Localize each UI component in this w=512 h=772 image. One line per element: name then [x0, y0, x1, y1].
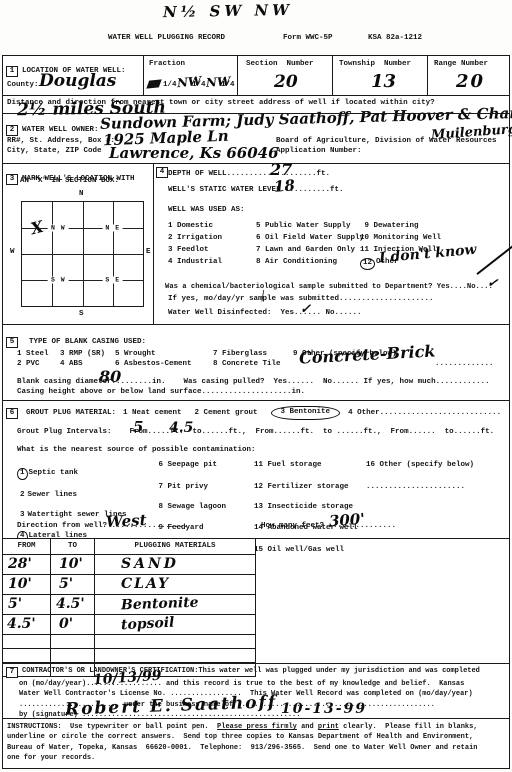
section-number-label: Section Number — [246, 60, 314, 69]
cert-line-1: CONTRACTOR'S OR LANDOWNER'S CERTIFICATIO… — [22, 667, 480, 678]
section-6-grout: 6 GROUT PLUG MATERIAL: 1 Neat cement 2 C… — [3, 401, 509, 539]
interval-to-value: 4.5 — [169, 421, 193, 435]
section-3-title-2: AN "X" IN SECTION BOX: — [20, 177, 119, 186]
feet-value: 300' — [329, 512, 366, 529]
section-5-title: TYPE OF BLANK CASING USED: — [29, 338, 146, 346]
casing-option: 7 Fiberglass — [213, 350, 267, 359]
section-4-number: 4 — [156, 167, 168, 178]
direction-value: West — [106, 513, 147, 530]
township-number-value: 13 — [371, 73, 396, 91]
fraction-scribble-mark — [146, 79, 161, 88]
static-level-value: 18 — [273, 178, 295, 195]
table-header-from: FROM — [3, 539, 51, 554]
range-number-value: 20 — [456, 73, 485, 91]
casing-other-value: Concrete-Brick — [299, 343, 436, 366]
disinfected-yes-checkmark: ✓ — [300, 303, 311, 316]
address-label: RR#, St. Address, Box #: — [7, 137, 115, 146]
handwritten-quarter-call-note: N½ SW NW — [163, 3, 293, 20]
casing-option: 8 Concrete Tile — [213, 360, 281, 369]
use-item: 6 Oil Field Water Supply — [256, 234, 360, 243]
instructions-block: INSTRUCTIONS: Use typewriter or ball poi… — [3, 719, 509, 768]
city-label: City, State, ZIP Code : — [7, 147, 115, 156]
distance-question-row: Distance and direction from nearest town… — [3, 96, 509, 114]
statute-number: KSA 82a-1212 — [368, 34, 422, 43]
grid-hline — [22, 254, 143, 255]
casing-other-dots: ............. — [435, 360, 494, 369]
cell-material: SAND — [121, 557, 179, 571]
compass-east-label: E — [146, 248, 151, 256]
casing-option: 2 PVC — [17, 360, 40, 369]
cell-from: 10' — [8, 577, 32, 591]
table-row-empty — [3, 635, 255, 649]
plugging-table: FROM TO PLUGGING MATERIALS 28' 10' SAND … — [3, 539, 256, 677]
table-row: 10' 5' CLAY — [3, 575, 255, 595]
cell-from: 5' — [8, 597, 22, 611]
county-label: County: — [7, 81, 39, 90]
casing-option: 6 Asbestos-Cement — [115, 360, 192, 369]
section-number-value: 20 — [274, 74, 298, 91]
use-item: 10 Monitoring Well — [360, 234, 441, 243]
underlined-press-firmly: Please press firmly — [217, 723, 297, 731]
fraction-label: Fraction — [149, 60, 185, 69]
contamination-label: Sewer lines — [28, 491, 78, 499]
disinfected-line: Water Well Disinfected: Yes...... No....… — [168, 309, 362, 318]
contamination-item: 8 Sewage lagoon — [154, 503, 254, 521]
plugging-table-row: FROM TO PLUGGING MATERIALS 28' 10' SAND … — [3, 539, 509, 663]
instructions-line-4: one for your records. — [7, 754, 507, 762]
section-7-certification: 7CONTRACTOR'S OR LANDOWNER'S CERTIFICATI… — [3, 663, 509, 719]
cell-material: topsoil — [121, 616, 175, 633]
compass-north-label: N — [79, 190, 84, 198]
casing-diameter-line: Blank casing diameter.........in. Was ca… — [17, 378, 490, 387]
grout-intervals-line: Grout Plug Intervals: From.....ft. to...… — [17, 428, 494, 437]
used-as-label: WELL WAS USED AS: — [168, 206, 245, 215]
section-6-title: GROUT PLUG MATERIAL: — [26, 409, 116, 418]
township-number-label: Township Number — [339, 60, 411, 69]
use-item: 9 Dewatering — [360, 222, 419, 231]
owner-name-overflow: Muilenburg — [431, 123, 512, 142]
sample-no-checkmark: ✓ — [486, 276, 499, 290]
underlined-print: print — [318, 723, 339, 731]
quadrant-ne-label: N E — [102, 225, 123, 232]
cell-to: 5' — [59, 577, 73, 591]
interval-from-value: 5 — [133, 420, 143, 435]
contamination-item-other: 16 Other (specify below) — [366, 461, 474, 480]
fraction-unit-3: 1/4 — [221, 81, 235, 90]
contamination-label: Septic tank — [29, 469, 79, 477]
cell-material: Bentonite — [121, 596, 199, 613]
grid-hline — [22, 280, 143, 281]
section-3-mark-location: 3MARK WELL'S LOCATION WITH AN "X" IN SEC… — [3, 164, 154, 324]
cell-to: 10' — [59, 557, 83, 571]
casing-option: 3 RMP (SR) — [60, 350, 105, 359]
section-5-casing: 5TYPE OF BLANK CASING USED: 1 Steel 3 RM… — [3, 325, 509, 401]
quadrant-nw-label: N W — [48, 225, 69, 232]
section-3-4-row: 3MARK WELL'S LOCATION WITH AN "X" IN SEC… — [3, 164, 509, 325]
use-item: 8 Air Conditioning — [256, 258, 360, 270]
instructions-line-1: INSTRUCTIONS: Use typewriter or ball poi… — [7, 723, 507, 731]
section-3-number: 3 — [6, 174, 18, 185]
cell-to: 0' — [59, 617, 73, 631]
use-item: 2 Irrigation — [168, 234, 256, 243]
table-header-materials: PLUGGING MATERIALS — [95, 539, 255, 554]
section-2-owner: 2WATER WELL OWNER: Sundown Farm; Judy Sa… — [3, 114, 509, 164]
fraction-unit-1: 1/4 — [163, 81, 177, 90]
owner-label: WATER WELL OWNER: — [22, 126, 99, 134]
use-item: 4 Industrial — [168, 258, 256, 270]
section-grid: N W N E S W S E X — [21, 201, 144, 307]
use-other-number-circled: 12 — [360, 258, 375, 270]
depth-line: DEPTH OF WELL....................ft. — [168, 170, 330, 179]
contamination-num: 3 — [17, 511, 28, 519]
signature-date-value: 10-13-99 — [281, 702, 367, 716]
table-row: 28' 10' SAND — [3, 555, 255, 575]
distance-answer: 2½ miles South — [17, 100, 166, 120]
casing-diameter-value: 80 — [99, 369, 121, 385]
contamination-item: 12 Fertilizer storage — [254, 483, 366, 501]
section-6-number: 6 — [6, 408, 18, 419]
instructions-line-2: underline or circle the correct answers.… — [7, 733, 507, 741]
contamination-item: 11 Fuel storage — [254, 461, 366, 480]
table-row: 4.5' 0' topsoil — [3, 615, 255, 635]
section-4-well-details: 4 DEPTH OF WELL....................ft. 2… — [154, 164, 509, 324]
grout-option-1: 1 Neat cement — [123, 409, 182, 418]
form-code: Form WWC-5P — [283, 34, 333, 43]
quadrant-se-label: S E — [102, 277, 123, 284]
fraction-unit-2: 1/4 — [192, 81, 206, 90]
contamination-question: What is the nearest source of possible c… — [17, 446, 256, 455]
use-item: 1 Domestic — [168, 222, 256, 231]
contamination-1-circled: 1 — [17, 468, 28, 480]
cell-material: CLAY — [121, 577, 170, 591]
range-number-label: Range Number — [434, 60, 488, 69]
contamination-num: 2 — [17, 491, 28, 499]
form-title: WATER WELL PLUGGING RECORD — [108, 34, 225, 43]
section-2-number: 2 — [6, 125, 18, 136]
direction-line: Direction from well? ................. — [17, 522, 188, 531]
water-well-plugging-record-scan: N½ SW NW WATER WELL PLUGGING RECORD Form… — [0, 0, 512, 772]
grout-option-4: 4 Other........................... — [348, 409, 501, 418]
quadrant-sw-label: S W — [48, 277, 69, 284]
section-1-location: 1LOCATION OF WATER WELL: County: Douglas… — [3, 56, 509, 96]
cell-from: 4.5' — [7, 617, 36, 631]
form-body: 1LOCATION OF WATER WELL: County: Douglas… — [2, 55, 510, 769]
instructions-line-3: Bureau of Water, Topeka, Kansas 66620-00… — [7, 744, 507, 752]
grout-option-2: 2 Cement grout — [195, 409, 258, 418]
use-item: 3 Feedlot — [168, 246, 256, 255]
table-header-to: TO — [51, 539, 95, 554]
section-5-number: 5 — [6, 337, 18, 348]
contamination-item: 6 Seepage pit — [154, 461, 254, 480]
use-item: 7 Lawn and Garden Only — [256, 246, 360, 255]
casing-height-line: Casing height above or below land surfac… — [17, 388, 305, 397]
city-value: Lawrence, Ks 66046 — [109, 146, 279, 161]
county-value: Douglas — [39, 73, 116, 90]
section-1-number: 1 — [6, 66, 18, 77]
well-location-x-mark: X — [29, 219, 45, 238]
contamination-item: 7 Pit privy — [154, 483, 254, 501]
compass-west-label: W — [10, 248, 15, 256]
contamination-other-dots: ...................... — [366, 483, 465, 501]
cell-from: 28' — [8, 557, 32, 571]
compass-south-label: S — [79, 310, 84, 318]
application-number-label: Application Number: — [276, 147, 362, 156]
table-row-empty — [3, 649, 255, 663]
casing-option: 1 Steel — [17, 350, 49, 359]
casing-option: 4 ABS — [60, 360, 83, 369]
table-row: 5' 4.5' Bentonite — [3, 595, 255, 615]
sample-question-line: Was a chemical/bacteriological sample su… — [165, 283, 493, 292]
grout-option-3-circled: 3 Bentonite — [271, 406, 341, 420]
cell-to: 4.5' — [56, 597, 85, 611]
casing-option: 5 Wrought — [115, 350, 156, 359]
section-7-number: 7 — [6, 667, 18, 678]
use-item: 5 Public Water Supply — [256, 222, 360, 231]
static-level-line: WELL'S STATIC WATER LEVEL...........ft. — [168, 186, 344, 195]
